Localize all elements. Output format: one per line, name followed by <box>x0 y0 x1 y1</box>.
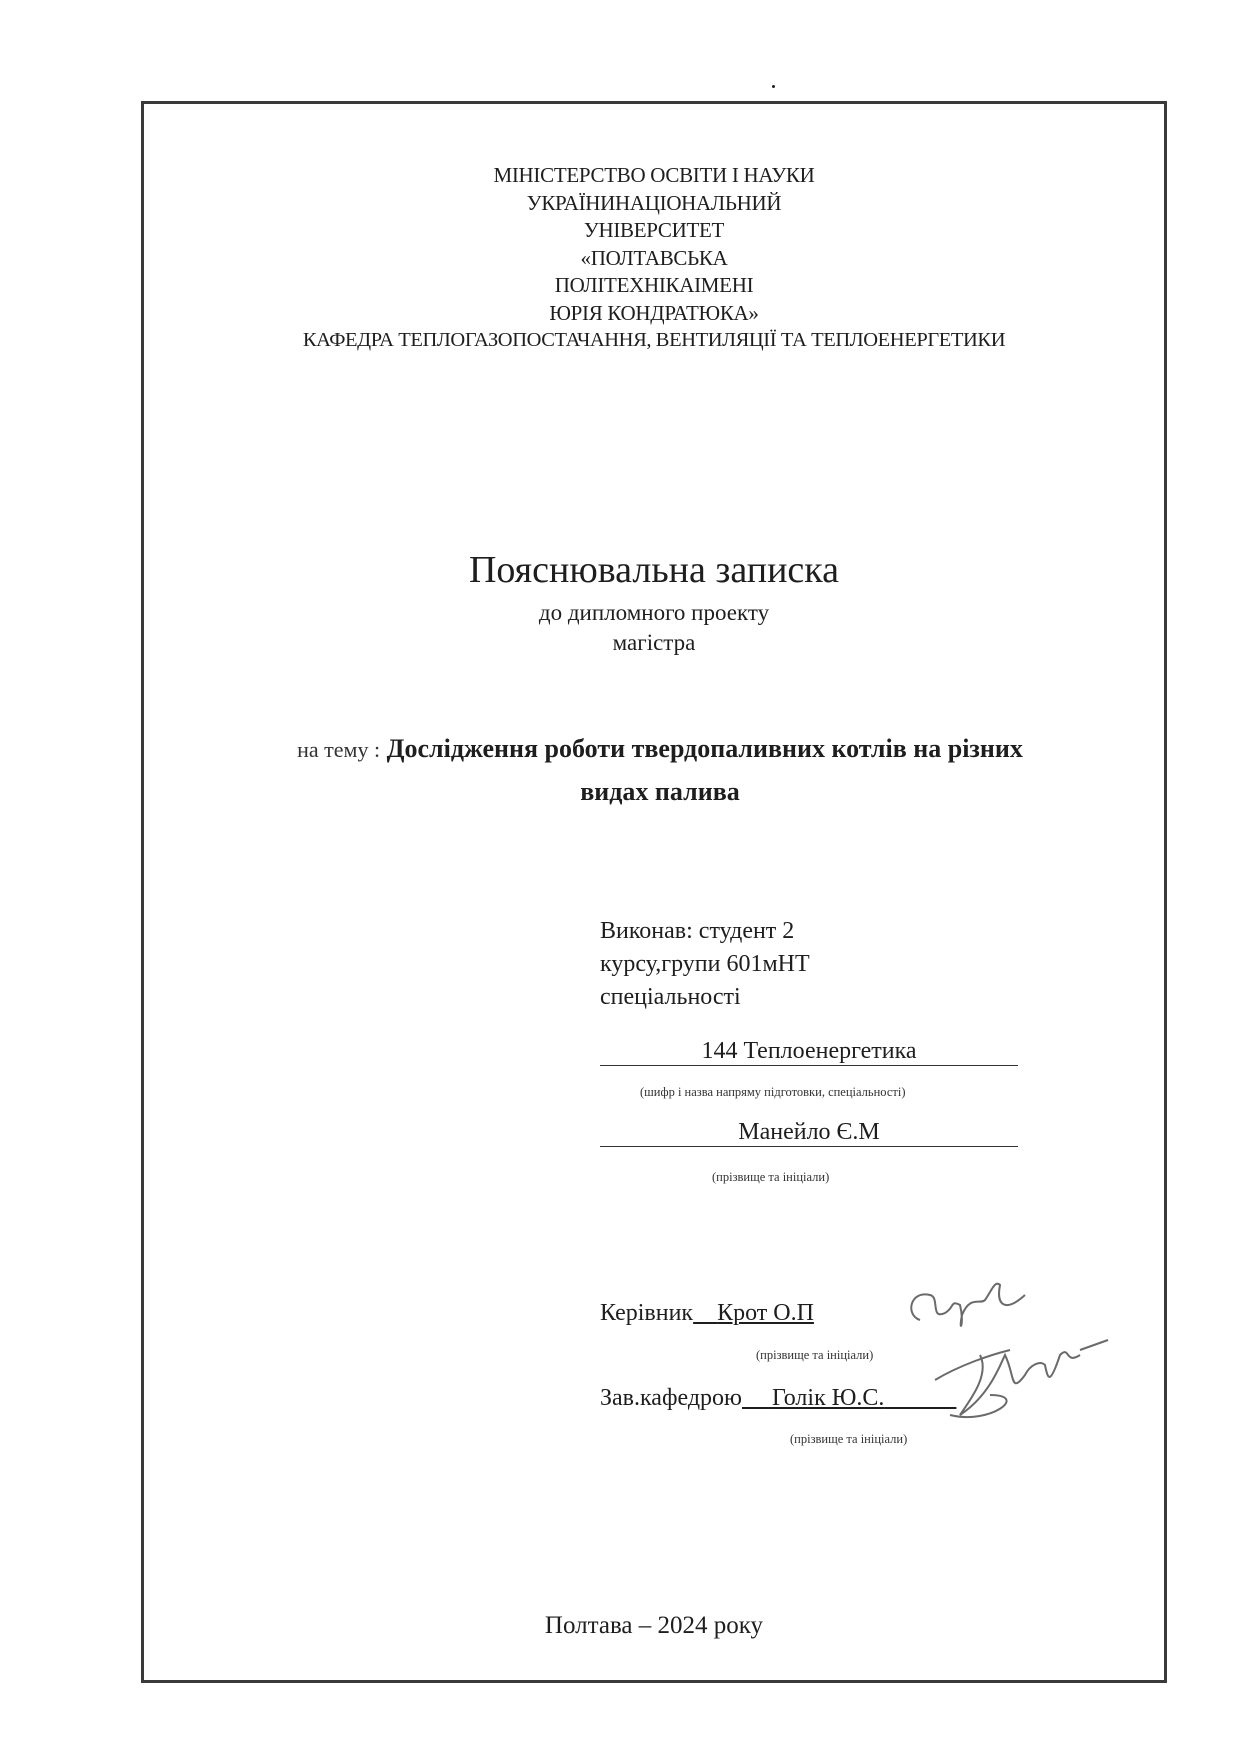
student-name-field: Манейло Є.М <box>600 1118 1018 1147</box>
head-hint: (прізвище та ініціали) <box>790 1432 907 1447</box>
department-name: КАФЕДРА ТЕПЛОГАЗОПОСТАЧАННЯ, ВЕНТИЛЯЦІЇ … <box>141 329 1167 352</box>
document-subtitle: до дипломного проекту магістра <box>141 598 1167 658</box>
student-info: Виконав: студент 2 курсу,групи 601мНТ сп… <box>600 915 810 1014</box>
header-line: «ПОЛТАВСЬКА <box>141 245 1167 273</box>
supervisor-row: Керівник Крот О.П <box>600 1300 814 1327</box>
head-label: Зав.кафедрою <box>600 1385 742 1411</box>
student-line-3: спеціальності <box>600 981 810 1014</box>
head-signature <box>930 1325 1110 1435</box>
student-name-hint: (прізвище та ініціали) <box>712 1170 829 1185</box>
footer-city-year: Полтава – 2024 року <box>141 1612 1167 1640</box>
header-line: ПОЛІТЕХНІКАІМЕНІ <box>141 272 1167 300</box>
head-of-department-row: Зав.кафедрою Голік Ю.С. <box>600 1385 956 1412</box>
subtitle-line-1: до дипломного проекту <box>141 598 1167 628</box>
header-line: ЮРІЯ КОНДРАТЮКА» <box>141 300 1167 328</box>
supervisor-label: Керівник <box>600 1300 693 1326</box>
theme-title-line-2: видах палива <box>580 777 740 806</box>
theme-label: на тему : <box>297 737 380 762</box>
subtitle-line-2: магістра <box>141 628 1167 658</box>
head-name: Голік Ю.С. <box>772 1385 884 1411</box>
institution-header: МІНІСТЕРСТВО ОСВІТИ І НАУКИ УКРАЇНИНАЦІО… <box>141 162 1167 327</box>
thesis-theme: на тему : Дослідження роботи твердопалив… <box>200 728 1120 813</box>
specialty-field: 144 Теплоенергетика <box>600 1037 1018 1066</box>
specialty-hint: (шифр і назва напряму підготовки, спеціа… <box>640 1085 906 1100</box>
theme-title-line-1: Дослідження роботи твердопаливних котлів… <box>387 734 1023 763</box>
supervisor-name: Крот О.П <box>717 1300 814 1326</box>
student-line-1: Виконав: студент 2 <box>600 915 810 948</box>
supervisor-hint: (прізвище та ініціали) <box>756 1348 873 1363</box>
header-line: УКРАЇНИНАЦІОНАЛЬНИЙ <box>141 190 1167 218</box>
student-line-2: курсу,групи 601мНТ <box>600 948 810 981</box>
scan-speck <box>772 85 775 88</box>
header-line: УНІВЕРСИТЕТ <box>141 217 1167 245</box>
document-title: Пояснювальна записка <box>141 548 1167 592</box>
header-line: МІНІСТЕРСТВО ОСВІТИ І НАУКИ <box>141 162 1167 190</box>
